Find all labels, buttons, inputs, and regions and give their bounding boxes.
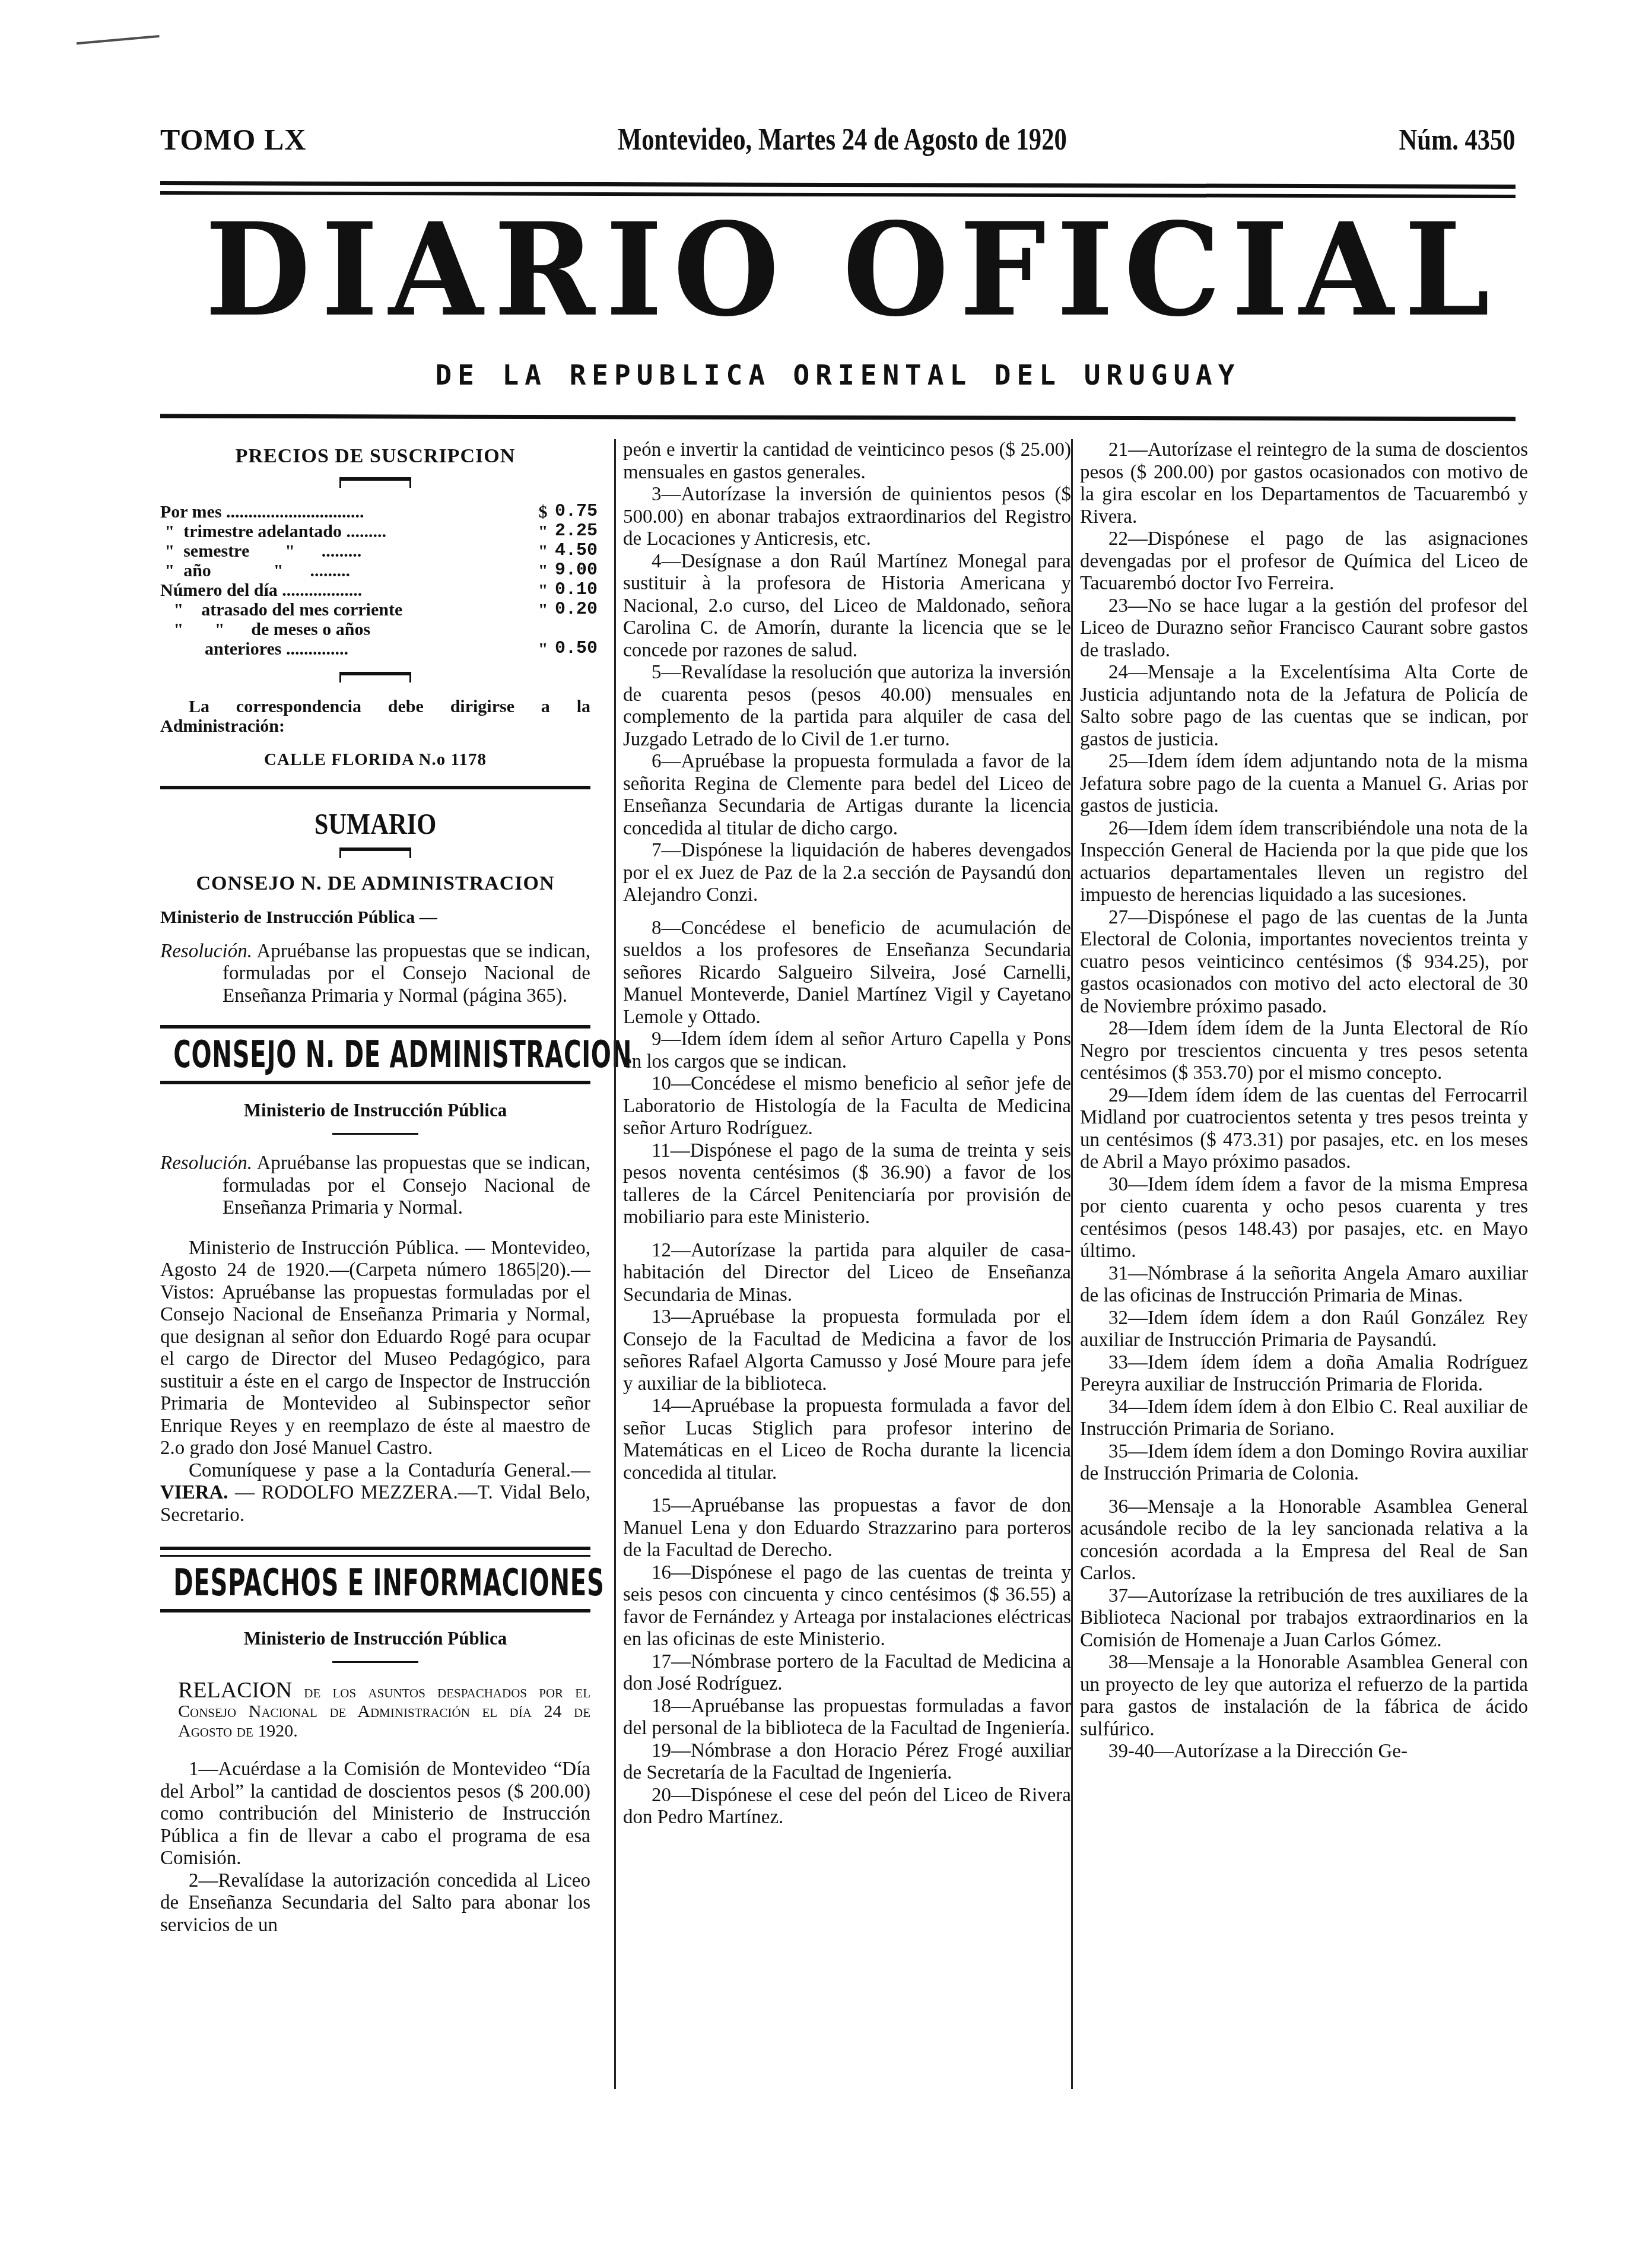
price-row: anteriores .............."0.50 — [160, 639, 590, 659]
short-divider — [332, 1133, 418, 1135]
dispatch-item-34: 34—Idem ídem ídem à don Elbio C. Real au… — [1080, 1396, 1528, 1441]
dispatch-item-36: 36—Mensaje a la Honorable Asamblea Gener… — [1080, 1496, 1528, 1585]
dispatch-item-26: 26—Idem ídem ídem transcribiéndole una n… — [1080, 818, 1528, 907]
dispatch-item-12: 12—Autorízase la partida para alquiler d… — [623, 1240, 1071, 1307]
ornament-divider — [339, 847, 411, 858]
price-row: " trimestre adelantado ........."2.25 — [160, 522, 590, 541]
summary-ministry-heading: Ministerio de Instrucción Pública — — [160, 906, 590, 929]
volume-label: TOMO LX — [160, 122, 306, 157]
summary-resolution: Resolución. Apruébanse las propuestas qu… — [160, 941, 590, 1008]
council-resolution-closing: Comuníquese y pase a la Contaduría Gener… — [160, 1460, 590, 1527]
price-row: Por mes ...............................$… — [160, 502, 590, 522]
dispatch-item-22: 22—Dispónese el pago de las asignaciones… — [1080, 528, 1528, 595]
scan-artifact-mark — [77, 35, 161, 62]
dispatch-item-3: 3—Autorízase la inversión de quinientos … — [623, 484, 1071, 551]
column-right: 21—Autorízase el reintegro de la suma de… — [1071, 439, 1528, 2089]
summary-title: SUMARIO — [192, 813, 558, 836]
dispatch-item-8: 8—Concédese el beneficio de acumulación … — [623, 918, 1071, 1029]
section-rule — [160, 1555, 590, 1557]
dispatch-item-14: 14—Apruébase la propuesta formulada a fa… — [623, 1395, 1071, 1484]
masthead-subtitle: DE LA REPUBLICA ORIENTAL DEL URUGUAY — [160, 359, 1516, 391]
dispatch-item-2-continued: peón e invertir la cantidad de veinticin… — [623, 439, 1071, 484]
issue-date: Montevideo, Martes 24 de Agosto de 1920 — [618, 122, 1068, 157]
section-rule — [160, 1081, 590, 1084]
dispatch-item-24: 24—Mensaje a la Excelentísima Alta Corte… — [1080, 662, 1528, 751]
dispatch-item-21: 21—Autorízase el reintegro de la suma de… — [1080, 439, 1528, 528]
masthead-rule-bottom — [160, 414, 1516, 421]
dispatches-ministry-heading: Ministerio de Instrucción Pública — [160, 1627, 590, 1650]
dispatch-item-37: 37—Autorízase la retribución de tres aux… — [1080, 1585, 1528, 1652]
dispatch-item-35: 35—Idem ídem ídem a don Domingo Rovira a… — [1080, 1441, 1528, 1485]
subscription-price-table: Por mes ...............................$… — [160, 502, 590, 659]
dispatch-item-31: 31—Nómbrase á la señorita Angela Amaro a… — [1080, 1263, 1528, 1307]
dispatch-item-33: 33—Idem ídem ídem a doña Amalia Rodrígue… — [1080, 1352, 1528, 1396]
dispatch-item-5: 5—Revalídase la resolución que autoriza … — [623, 662, 1071, 751]
dispatch-item-11: 11—Dispónese el pago de la suma de trein… — [623, 1140, 1071, 1229]
masthead-title: DIARIO OFICIAL — [190, 211, 1516, 329]
dispatch-item-7: 7—Dispónese la liquidación de haberes de… — [623, 840, 1071, 907]
dispatch-item-4: 4—Desígnase a don Raúl Martínez Monegal … — [623, 551, 1071, 662]
dispatch-item-17: 17—Nómbrase portero de la Facultad de Me… — [623, 1651, 1071, 1696]
ornament-divider — [339, 477, 411, 488]
section-rule — [160, 1609, 590, 1612]
dispatch-item-16: 16—Dispónese el pago de las cuentas de t… — [623, 1562, 1071, 1651]
dispatch-item-25: 25—Idem ídem ídem adjuntando nota de la … — [1080, 751, 1528, 818]
section-rule — [160, 786, 590, 789]
issue-info-bar: TOMO LX Montevideo, Martes 24 de Agosto … — [160, 116, 1516, 163]
dispatches-intro: RELACION de los asuntos despachados por … — [160, 1681, 590, 1741]
dispatch-item-29: 29—Idem ídem ídem de las cuentas del Fer… — [1080, 1085, 1528, 1174]
administration-address: CALLE FLORIDA N.o 1178 — [160, 749, 590, 772]
dispatch-item-39-40: 39-40—Autorízase a la Dirección Ge- — [1080, 1741, 1528, 1763]
column-left: PRECIOS DE SUSCRIPCION Por mes .........… — [160, 439, 590, 1937]
short-divider — [332, 1661, 418, 1663]
dispatch-item-28: 28—Idem ídem ídem de la Junta Electoral … — [1080, 1018, 1528, 1085]
price-row: Número del día .................."0.10 — [160, 580, 590, 600]
council-section-banner: CONSEJO N. DE ADMINISTRACION — [173, 1043, 577, 1066]
dispatch-item-15: 15—Apruébanse las propuestas a favor de … — [623, 1495, 1071, 1562]
council-resolution-summary: Resolución. Apruébanse las propuestas qu… — [160, 1153, 590, 1220]
dispatch-item-9: 9—Idem ídem ídem al señor Arturo Capella… — [623, 1029, 1071, 1073]
price-row: " año " ........."9.00 — [160, 561, 590, 580]
ornament-divider — [339, 672, 411, 683]
price-row: " atrasado del mes corriente"0.20 — [160, 600, 590, 620]
dispatches-section-banner: DESPACHOS E INFORMACIONES — [173, 1572, 577, 1594]
council-ministry-heading: Ministerio de Instrucción Pública — [160, 1099, 590, 1122]
dispatch-item-27: 27—Dispónese el pago de las cuentas de l… — [1080, 907, 1528, 1018]
issue-number: Núm. 4350 — [1399, 122, 1516, 157]
dispatch-item-19: 19—Nómbrase a don Horacio Pérez Frogé au… — [623, 1740, 1071, 1785]
newspaper-page: TOMO LX Montevideo, Martes 24 de Agosto … — [0, 0, 1652, 2241]
column-middle: peón e invertir la cantidad de veinticin… — [614, 439, 1071, 2089]
dispatch-item-20: 20—Dispónese el cese del peón del Liceo … — [623, 1785, 1071, 1829]
subscription-title: PRECIOS DE SUSCRIPCION — [160, 445, 590, 468]
section-rule — [160, 1025, 590, 1029]
dispatch-item-32: 32—Idem ídem ídem a don Raúl González Re… — [1080, 1307, 1528, 1352]
dispatch-item-30: 30—Idem ídem ídem a favor de la misma Em… — [1080, 1174, 1528, 1263]
dispatch-item-1: 1—Acuérdase a la Comisión de Montevideo … — [160, 1758, 590, 1870]
council-resolution-body: Ministerio de Instrucción Pública. — Mon… — [160, 1237, 590, 1460]
correspondence-note: La correspondencia debe dirigirse a la A… — [160, 697, 590, 736]
section-rule — [160, 1547, 590, 1550]
price-row: " " de meses o años — [160, 620, 590, 639]
summary-council-heading: CONSEJO N. DE ADMINISTRACION — [160, 872, 590, 895]
price-row: " semestre " ........."4.50 — [160, 541, 590, 561]
dispatch-item-38: 38—Mensaje a la Honorable Asamblea Gener… — [1080, 1652, 1528, 1741]
dispatch-item-23: 23—No se hace lugar a la gestión del pro… — [1080, 595, 1528, 662]
dispatch-item-2-start: 2—Revalídase la autorización concedida a… — [160, 1870, 590, 1937]
dispatch-item-10: 10—Concédese el mismo beneficio al señor… — [623, 1073, 1071, 1140]
dispatch-item-18: 18—Apruébanse las propuestas formuladas … — [623, 1696, 1071, 1740]
dispatch-item-6: 6—Apruébase la propuesta formulada a fav… — [623, 751, 1071, 840]
dispatch-item-13: 13—Apruébase la propuesta formulada por … — [623, 1306, 1071, 1395]
header-rule-top — [160, 181, 1516, 189]
